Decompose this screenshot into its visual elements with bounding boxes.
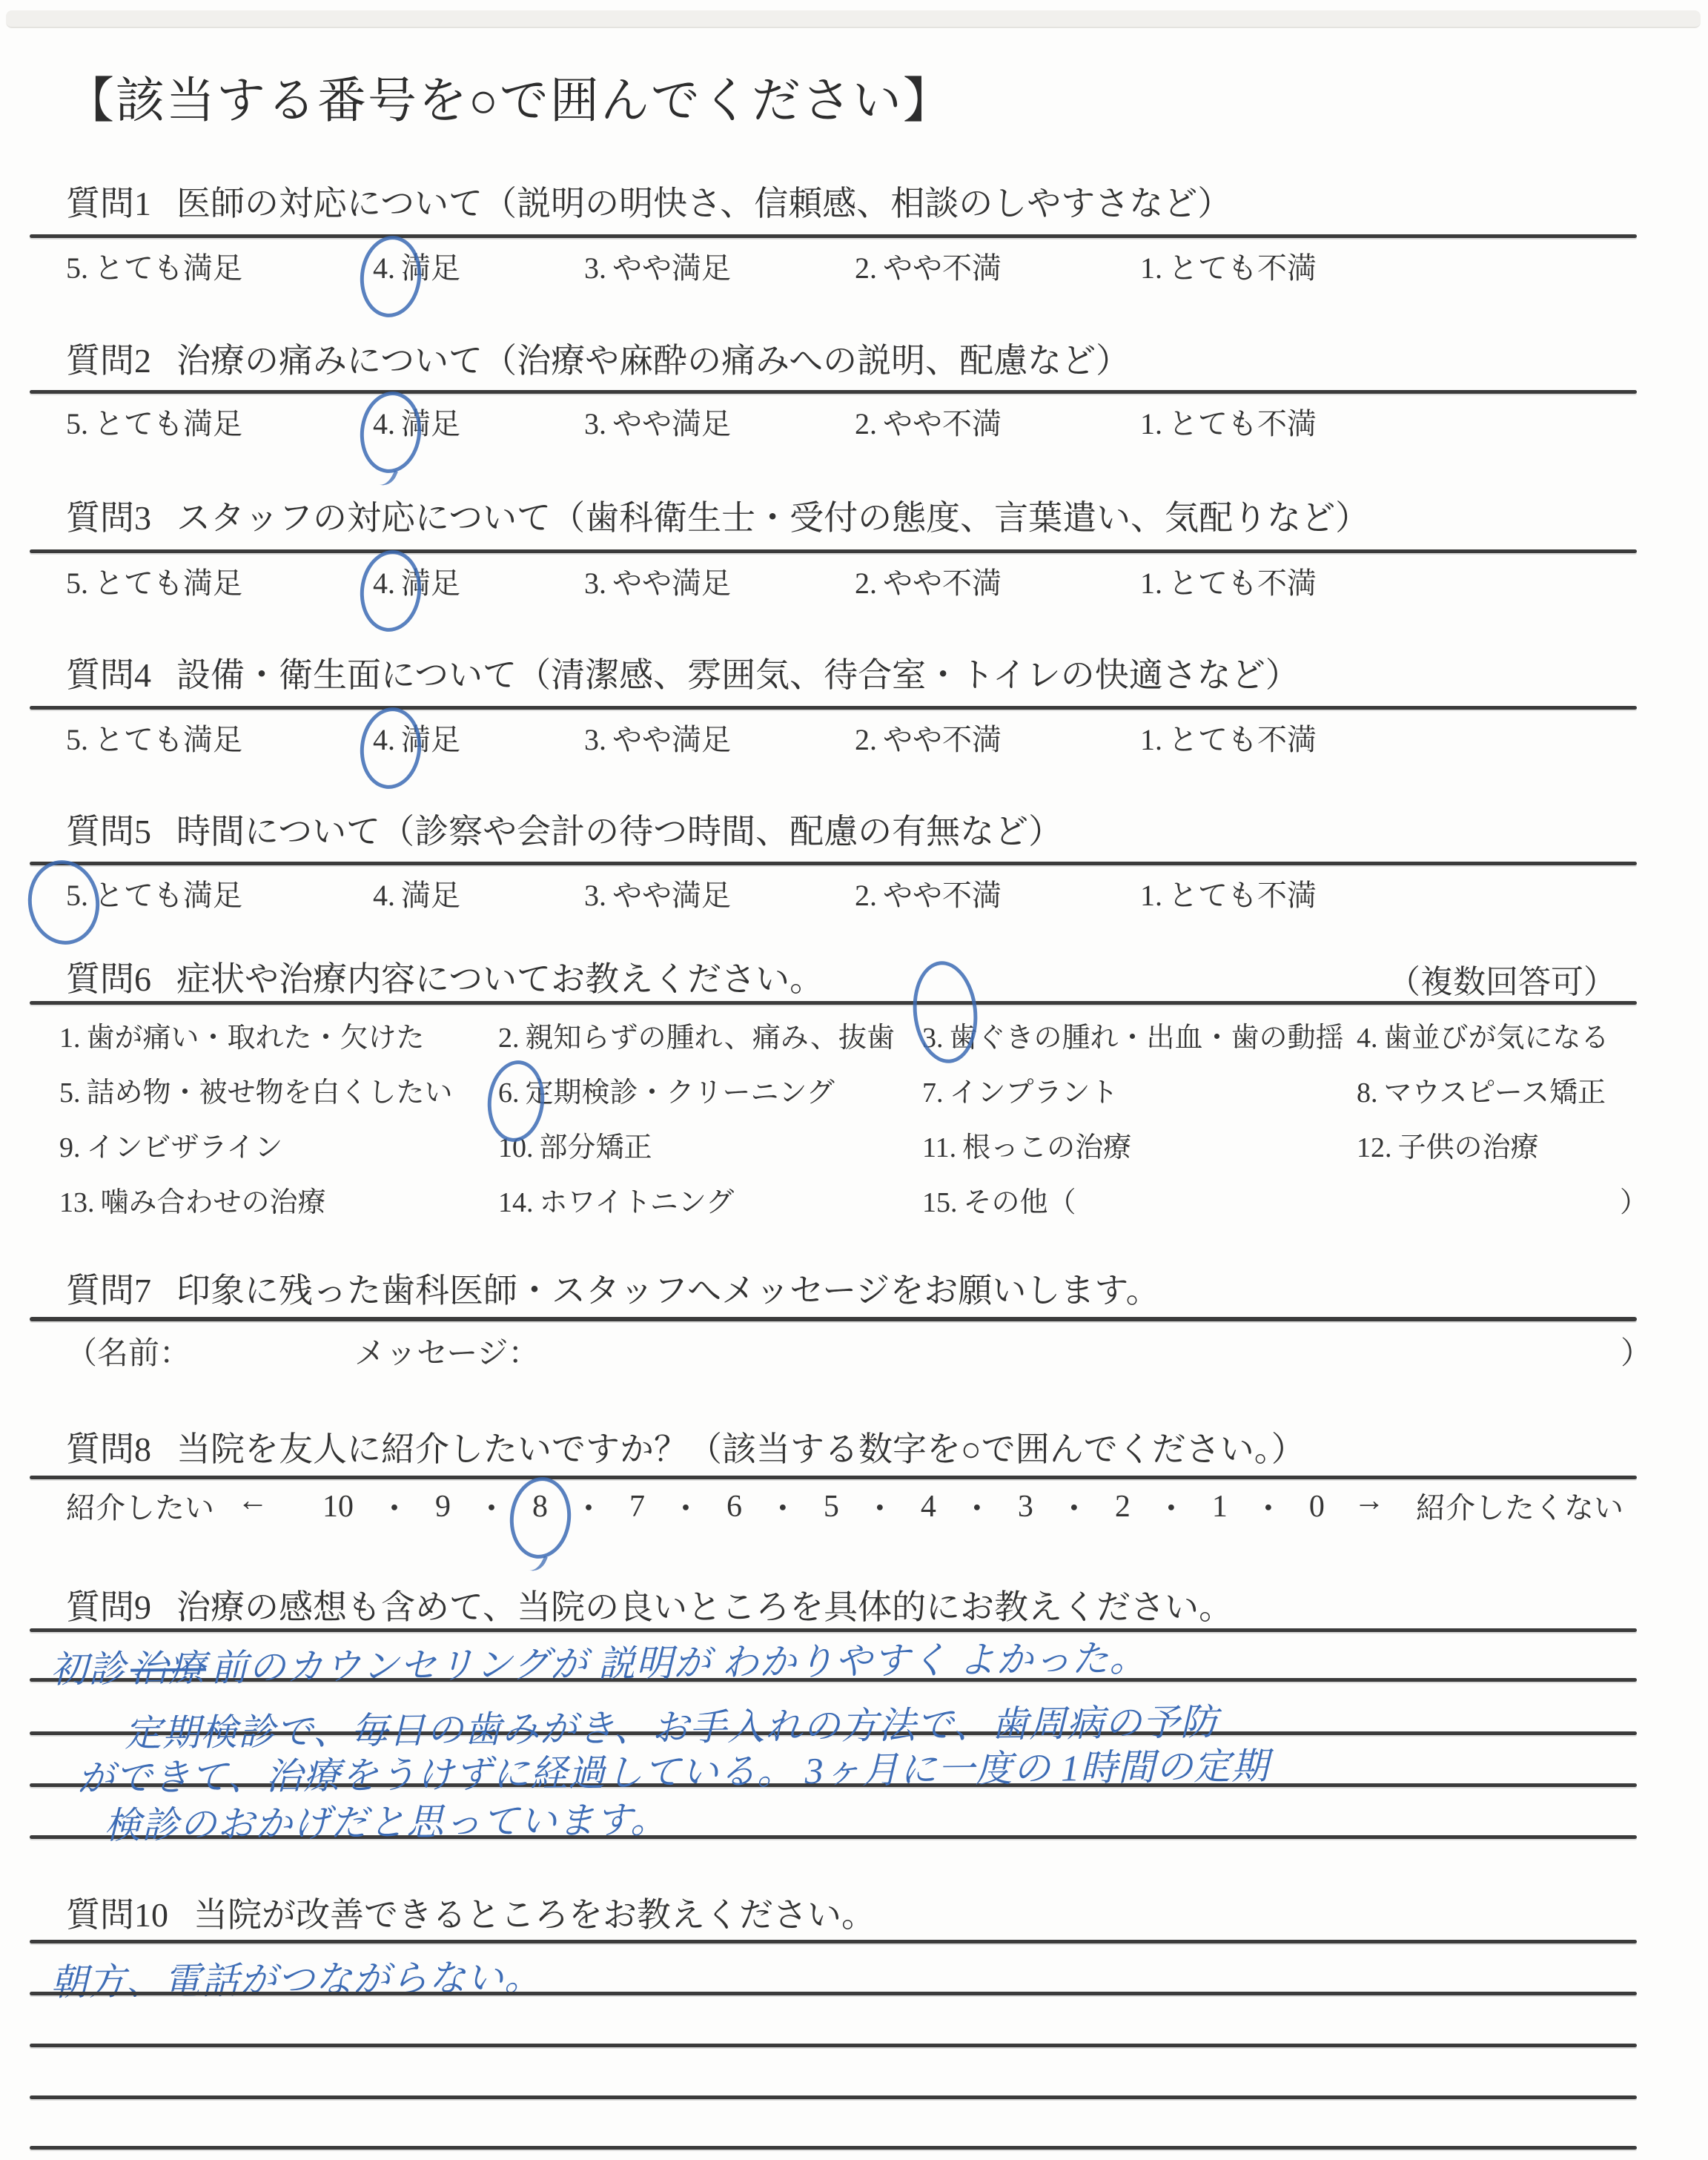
question-6-label: 質問6 [66, 960, 151, 998]
option-text: やや不満 [883, 407, 1002, 440]
symptom-option-13: 13.噛み合わせの治療 [59, 1179, 326, 1220]
nps-number-6: 6 [726, 1489, 742, 1525]
symptom-option-12: 12.子供の治療 [1357, 1124, 1539, 1165]
question-8-title: 質問8当院を友人に紹介したいですか？（該当する数字を○で囲んでください。） [66, 1422, 1305, 1471]
option-number: 1. [1140, 723, 1162, 756]
handwritten-answer-line-1: 初診治療前のカウンセリングが 説明が わかりやすく よかった。 [50, 1628, 1148, 1693]
rating-option: 3.やや満足 [584, 400, 731, 443]
option-number: 5. [66, 723, 88, 756]
option-text: とても不満 [1168, 879, 1317, 912]
option-text: 歯並びが気になる [1384, 1023, 1609, 1054]
option-number: 4. [1357, 1023, 1378, 1054]
rating-option: 2.やや不満 [855, 245, 1002, 287]
option-text: やや不満 [883, 723, 1002, 756]
rating-option: 2.やや不満 [855, 560, 1002, 602]
question-3-text: スタッフの対応について（歯科衛生士・受付の態度、言葉遣い、気配りなど） [176, 499, 1369, 537]
option-number: 12. [1357, 1132, 1392, 1163]
right-arrow-icon: → [1354, 1483, 1385, 1519]
nps-number-10: 10 [322, 1489, 354, 1525]
divider-line [30, 1317, 1637, 1321]
rating-option: 5.とても満足 [66, 245, 242, 287]
question-5-label: 質問5 [66, 813, 151, 851]
question-3-label: 質問3 [66, 499, 151, 537]
nps-number-0: 0 [1309, 1489, 1325, 1525]
rating-option: 3.やや満足 [584, 872, 731, 914]
option-text: 歯が痛い・取れた・欠けた [87, 1023, 425, 1054]
nps-number-4: 4 [921, 1489, 936, 1525]
divider-line [30, 706, 1637, 710]
question-10-text: 当院が改善できるところをお教えください。 [193, 1896, 875, 1934]
nps-number-9: 9 [435, 1489, 451, 1525]
dot-separator: ・ [670, 1484, 701, 1529]
q7-close-paren: ） [1621, 1329, 1652, 1373]
option-number: 3. [584, 251, 606, 285]
answer-line [30, 1940, 1637, 1943]
option-number: 2. [855, 567, 877, 600]
multiple-answers-note: （複数回答可） [1388, 955, 1616, 1003]
question-9-label: 質問9 [66, 1588, 151, 1626]
option-text: とても不満 [1168, 567, 1317, 600]
handwritten-answer-line-4: 検診のおかげだと思っています。 [104, 1790, 669, 1849]
option-number: 5. [66, 251, 88, 285]
scan-artifact-band [6, 10, 1701, 28]
option-number: 4. [373, 879, 395, 912]
dot-separator: ・ [1156, 1484, 1187, 1529]
dot-separator: ・ [961, 1484, 993, 1529]
rating-option: 2.やや不満 [855, 400, 1002, 443]
option-text: 根っこの治療 [962, 1132, 1131, 1163]
symptom-option-3: 3.歯ぐきの腫れ・出血・歯の動揺 [922, 1014, 1344, 1055]
rating-option: 3.やや満足 [584, 560, 731, 602]
option-15-close-paren: ） [1620, 1179, 1648, 1220]
option-number: 2. [855, 723, 877, 756]
symptom-option-5: 5.詰め物・被せ物を白くしたい [59, 1069, 453, 1110]
symptom-option-14: 14.ホワイトニング [498, 1179, 734, 1220]
dot-separator: ・ [767, 1484, 798, 1529]
option-text: とても満足 [94, 251, 242, 285]
nps-number-2: 2 [1115, 1489, 1131, 1525]
divider-line [30, 1476, 1637, 1479]
message-field-label: メッセージ： [354, 1329, 539, 1373]
option-number: 3. [584, 879, 606, 912]
option-number: 9. [59, 1132, 81, 1163]
left-arrow-icon: ← [237, 1483, 268, 1519]
question-2-text: 治療の痛みについて（治療や麻酔の痛みへの説明、配慮など） [176, 342, 1130, 380]
question-1-label: 質問1 [66, 185, 151, 222]
question-8-text: 当院を友人に紹介したいですか？（該当する数字を○で囲んでください。） [176, 1430, 1305, 1468]
question-6-text: 症状や治療内容についてお教えください。 [176, 960, 824, 998]
option-text: やや満足 [612, 567, 731, 600]
option-text: やや満足 [612, 407, 731, 440]
option-number: 5. [59, 1077, 81, 1109]
handwriting-text: 初診 [50, 1648, 127, 1691]
nps-number-1: 1 [1212, 1489, 1228, 1525]
dot-separator: ・ [476, 1484, 507, 1529]
option-number: 15. [922, 1187, 958, 1218]
rating-option: 5.とても満足 [66, 400, 242, 443]
question-1-title: 質問1医師の対応について（説明の明快さ、信頼感、相談のしやすさなど） [66, 176, 1231, 225]
handwriting-text: 前のカウンセリングが 説明が わかりやすく よかった。 [211, 1637, 1148, 1688]
option-number: 5. [66, 567, 88, 600]
option-number: 14. [498, 1187, 534, 1218]
option-text: 詰め物・被せ物を白くしたい [87, 1077, 453, 1109]
nps-number-3: 3 [1018, 1489, 1033, 1525]
name-field-label: （名前： [66, 1329, 191, 1373]
option-number: 3. [584, 407, 606, 440]
symptom-option-15: 15.その他（ [922, 1179, 1076, 1220]
nps-number-5: 5 [824, 1489, 839, 1525]
symptom-option-11: 11.根っこの治療 [922, 1124, 1131, 1165]
option-text: とても不満 [1168, 407, 1317, 440]
option-text: やや満足 [612, 251, 731, 285]
option-text: とても満足 [94, 723, 242, 756]
answer-line [30, 2146, 1637, 2150]
divider-line [30, 862, 1637, 865]
option-number: 2. [855, 879, 877, 912]
divider-line [30, 1001, 1637, 1005]
option-number: 1. [1140, 251, 1162, 285]
rating-option: 2.やや不満 [855, 716, 1002, 759]
handwritten-answer-line-3: ができて、治療をうけずに経過している。 3ヶ月に一度の 1時間の定期 [77, 1737, 1270, 1803]
option-number: 3. [584, 723, 606, 756]
page-title: 【該当する番号を○で囲んでください】 [65, 61, 953, 131]
rating-option: 1.とても不満 [1140, 716, 1317, 759]
option-text: 噛み合わせの治療 [101, 1187, 326, 1218]
question-10-label: 質問10 [66, 1896, 168, 1934]
rating-option: 1.とても不満 [1140, 400, 1317, 443]
divider-line [30, 390, 1637, 394]
rating-option: 3.やや満足 [584, 716, 731, 759]
nps-number-7: 7 [629, 1489, 645, 1525]
dot-separator: ・ [573, 1484, 604, 1529]
option-text: 子供の治療 [1398, 1132, 1539, 1163]
rating-option: 3.やや満足 [584, 245, 731, 287]
symptom-option-2: 2.親知らずの腫れ、痛み、抜歯 [498, 1014, 895, 1055]
option-number: 1. [59, 1023, 81, 1054]
question-6-title: 質問6症状や治療内容についてお教えください。 [66, 952, 824, 1001]
question-4-options-row: 5.とても満足 4.満足 3.やや満足 2.やや不満 1.とても不満 [66, 716, 1667, 756]
option-text: 歯ぐきの腫れ・出血・歯の動揺 [950, 1023, 1344, 1054]
option-text: 満足 [401, 879, 460, 912]
question-4-label: 質問4 [66, 656, 151, 694]
option-number: 5. [66, 407, 88, 440]
handwriting-strikethrough: 治療 [130, 1648, 207, 1690]
question-3-options-row: 5.とても満足 4.満足 3.やや満足 2.やや不満 1.とても不満 [66, 560, 1667, 600]
option-text: とても満足 [94, 407, 242, 440]
option-number: 1. [1140, 407, 1162, 440]
option-number: 1. [1140, 879, 1162, 912]
answer-line [30, 1992, 1637, 1995]
option-number: 8. [1357, 1077, 1378, 1109]
divider-line [30, 234, 1637, 238]
pen-circle-q5-answer-5 [23, 856, 105, 949]
dot-separator: ・ [864, 1484, 896, 1529]
rating-option: 5.とても満足 [66, 716, 242, 759]
option-text: やや不満 [883, 567, 1002, 600]
option-number: 7. [922, 1077, 944, 1109]
question-7-label: 質問7 [66, 1272, 151, 1309]
question-3-title: 質問3スタッフの対応について（歯科衛生士・受付の態度、言葉遣い、気配りなど） [66, 491, 1369, 540]
question-10-title: 質問10当院が改善できるところをお教えください。 [66, 1888, 875, 1937]
rating-option: 1.とても不満 [1140, 245, 1317, 287]
option-text: その他（ [964, 1187, 1076, 1218]
option-number: 3. [584, 567, 606, 600]
divider-line [30, 549, 1637, 553]
option-number: 2. [498, 1023, 520, 1054]
question-7-text: 印象に残った歯科医師・スタッフへメッセージをお願いします。 [176, 1272, 1160, 1309]
question-9-text: 治療の感想も含めて、当院の良いところを具体的にお教えください。 [176, 1588, 1233, 1626]
symptom-option-8: 8.マウスピース矯正 [1357, 1069, 1606, 1110]
option-number: 2. [855, 407, 877, 440]
dot-separator: ・ [379, 1484, 410, 1529]
dot-separator: ・ [1253, 1484, 1284, 1529]
nps-left-label: 紹介したい [66, 1484, 214, 1527]
symptom-option-1: 1.歯が痛い・取れた・欠けた [59, 1014, 425, 1055]
option-number: 13. [59, 1187, 95, 1218]
question-4-title: 質問4設備・衛生面について（清潔感、雰囲気、待合室・トイレの快適さなど） [66, 648, 1300, 697]
option-text: やや不満 [883, 879, 1002, 912]
option-text: インビザライン [87, 1132, 283, 1163]
option-text: やや満足 [612, 723, 731, 756]
rating-option: 2.やや不満 [855, 872, 1002, 914]
question-5-title: 質問5時間について（診察や会計の待つ時間、配慮の有無など） [66, 805, 1062, 853]
option-text: 定期検診・クリーニング [526, 1077, 835, 1109]
question-5-text: 時間について（診察や会計の待つ時間、配慮の有無など） [176, 813, 1062, 851]
option-text: 親知らずの腫れ、痛み、抜歯 [526, 1023, 896, 1054]
option-text: インプラント [950, 1077, 1119, 1109]
answer-line [30, 2044, 1637, 2047]
question-8-label: 質問8 [66, 1430, 151, 1468]
question-4-text: 設備・衛生面について（清潔感、雰囲気、待合室・トイレの快適さなど） [176, 656, 1300, 694]
symptom-option-7: 7.インプラント [922, 1069, 1119, 1110]
option-text: マウスピース矯正 [1384, 1077, 1606, 1109]
question-2-title: 質問2治療の痛みについて（治療や麻酔の痛みへの説明、配慮など） [66, 334, 1130, 383]
rating-option: 1.とても不満 [1140, 560, 1317, 602]
question-2-options-row: 5.とても満足 4.満足 3.やや満足 2.やや不満 1.とても不満 [66, 400, 1667, 440]
option-text: やや不満 [883, 251, 1002, 285]
rating-option: 1.とても不満 [1140, 872, 1317, 914]
nps-right-label: 紹介したくない [1416, 1484, 1623, 1527]
option-text: やや満足 [612, 879, 731, 912]
question-5-options-row: 5.とても満足 4.満足 3.やや満足 2.やや不満 1.とても不満 [66, 872, 1667, 912]
option-text: とても満足 [94, 567, 242, 600]
question-2-label: 質問2 [66, 342, 151, 380]
option-number: 1. [1140, 567, 1162, 600]
option-number: 11. [922, 1132, 956, 1163]
scanned-survey-document: 【該当する番号を○で囲んでください】 質問1医師の対応について（説明の明快さ、信… [0, 0, 1708, 2160]
option-text: とても不満 [1168, 723, 1317, 756]
dot-separator: ・ [1059, 1484, 1090, 1529]
nps-scale-row: 10・ 9・ 8・ 7・ 6・ 5・ 4・ 3・ 2・ 1・ 0 [322, 1484, 1325, 1529]
option-text: とても満足 [94, 879, 242, 912]
rating-option: 4.満足 [373, 872, 460, 914]
option-text: 部分矯正 [540, 1132, 652, 1163]
option-text: とても不満 [1168, 251, 1317, 285]
question-9-title: 質問9治療の感想も含めて、当院の良いところを具体的にお教えください。 [66, 1580, 1233, 1629]
handwritten-answer-q10: 朝方、電話がつながらない。 [50, 1948, 543, 2007]
symptom-option-9: 9.インビザライン [59, 1124, 282, 1165]
symptom-option-4: 4.歯並びが気になる [1357, 1014, 1609, 1055]
question-1-options-row: 5.とても満足 4.満足 3.やや満足 2.やや不満 1.とても不満 [66, 245, 1667, 285]
answer-line [30, 2095, 1637, 2099]
option-number: 2. [855, 251, 877, 285]
question-1-text: 医師の対応について（説明の明快さ、信頼感、相談のしやすさなど） [176, 185, 1231, 222]
option-text: ホワイトニング [540, 1187, 735, 1218]
question-7-title: 質問7印象に残った歯科医師・スタッフへメッセージをお願いします。 [66, 1264, 1160, 1312]
symptom-option-6: 6.定期検診・クリーニング [498, 1069, 835, 1110]
rating-option: 5.とても満足 [66, 560, 242, 602]
